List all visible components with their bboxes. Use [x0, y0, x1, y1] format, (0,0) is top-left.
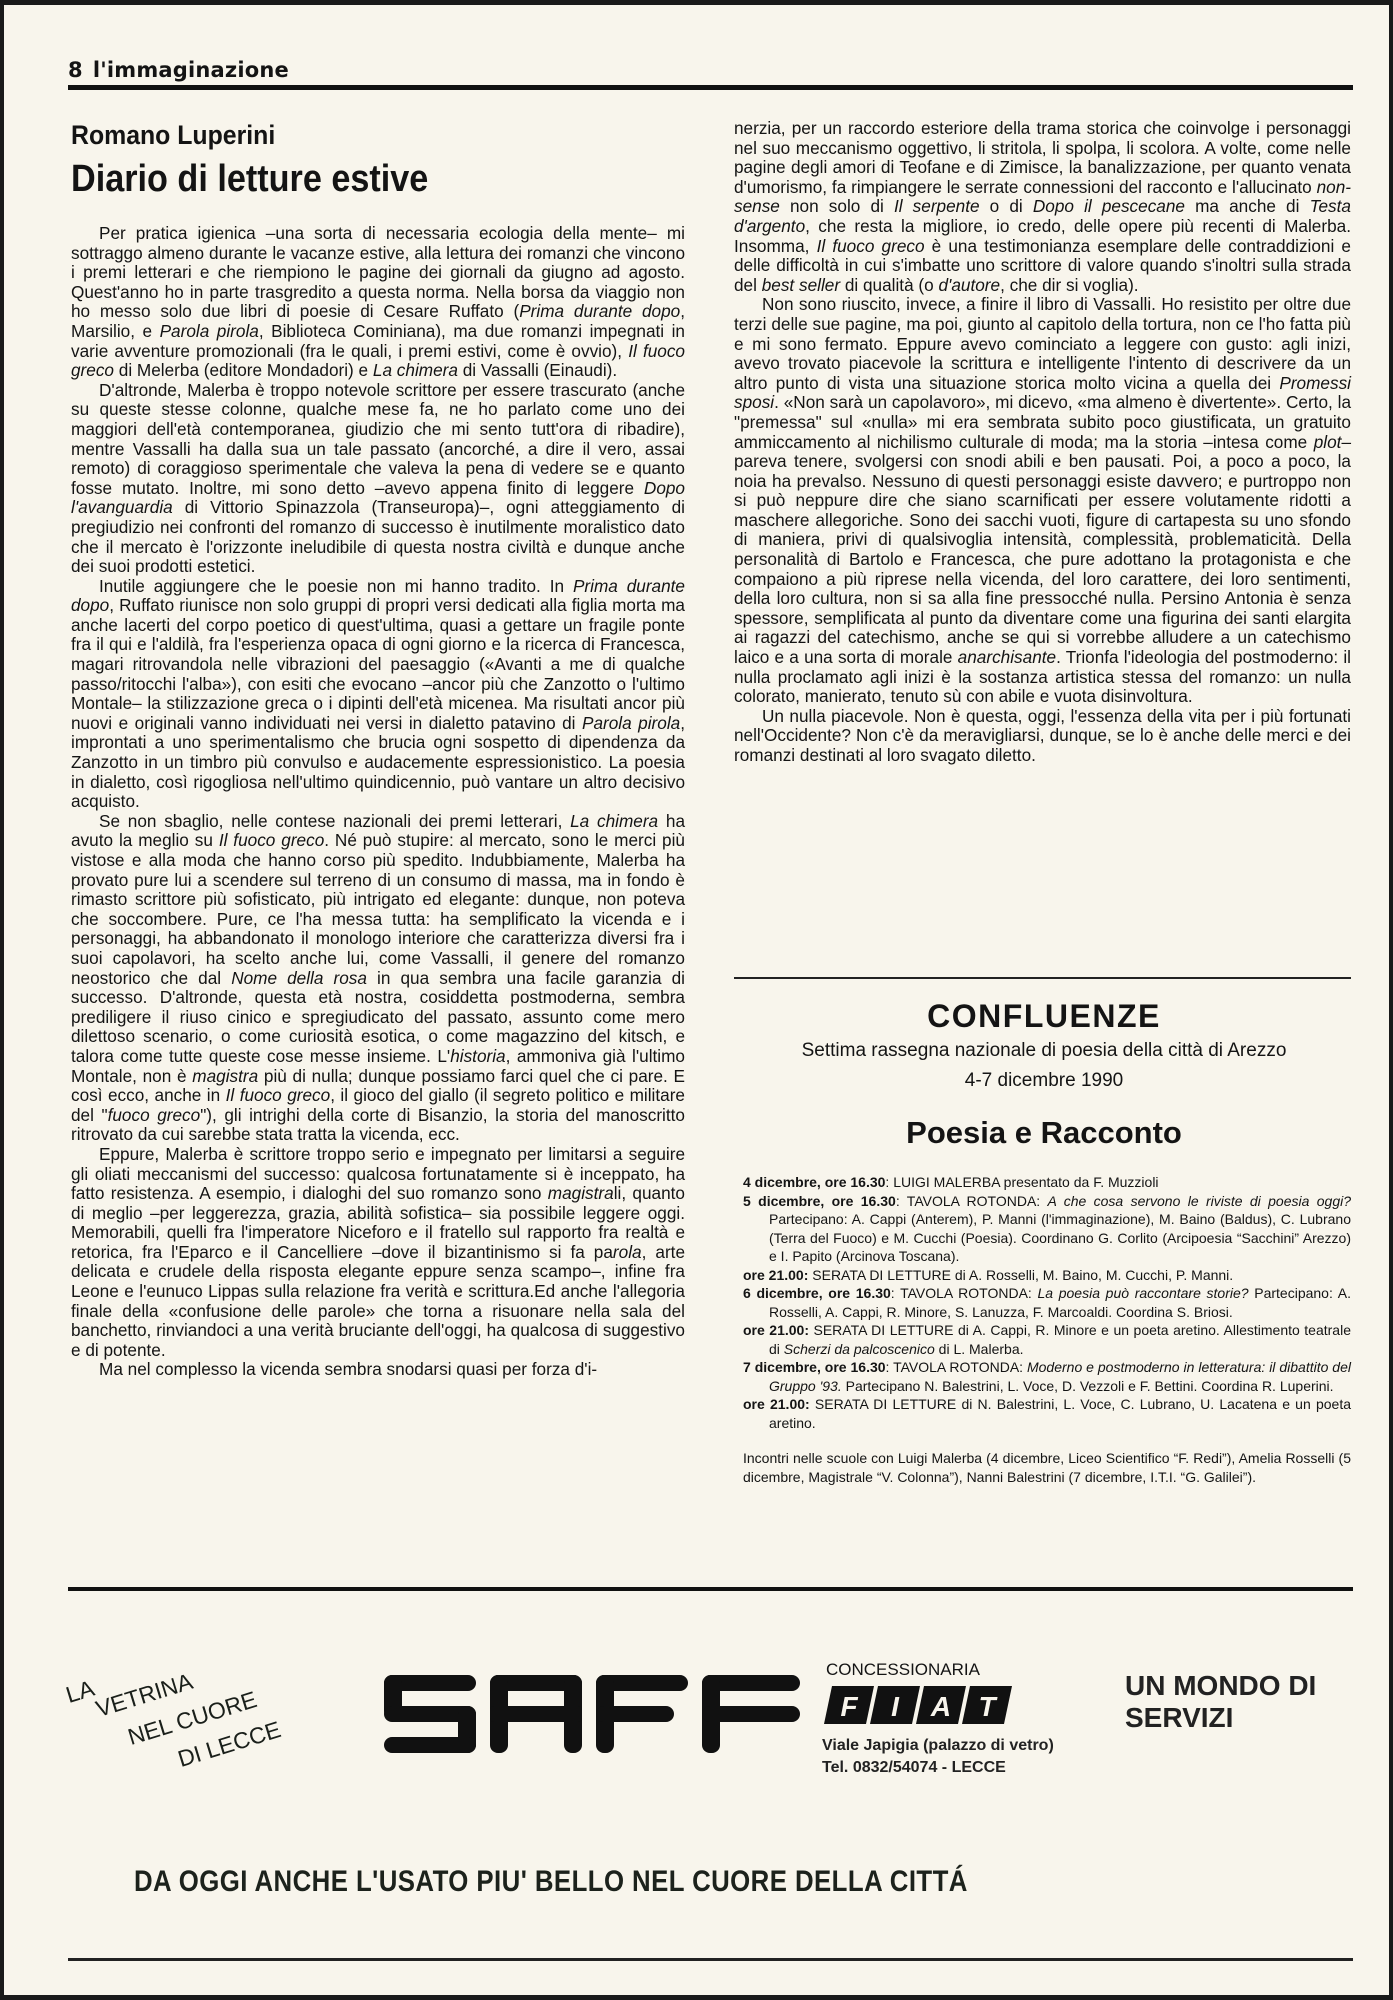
- confluenze-subtitle: Settima rassegna nazionale di poesia del…: [738, 1040, 1350, 1062]
- saff-logo: [382, 1673, 802, 1755]
- program-event: 4 dicembre, ore 16.30: LUIGI MALERBA pre…: [743, 1173, 1351, 1192]
- slogan-line: UN MONDO DI: [1125, 1670, 1316, 1702]
- article-paragraph: Eppure, Malerba è scrittore troppo serio…: [71, 1145, 685, 1361]
- ad-headline: DA OGGI ANCHE L'USATO PIU' BELLO NEL CUO…: [134, 1865, 1114, 1899]
- svg-text:T: T: [978, 1691, 998, 1722]
- program-event: 7 dicembre, ore 16.30: TAVOLA ROTONDA: M…: [743, 1358, 1351, 1395]
- article-left-column: Per pratica igienica –una sorta di neces…: [71, 224, 685, 1380]
- slogan-line: SERVIZI: [1125, 1702, 1316, 1734]
- article-paragraph: nerzia, per un raccordo esteriore della …: [734, 119, 1351, 295]
- ad-top-rule: [68, 1587, 1353, 1591]
- program-note: Incontri nelle scuole con Luigi Malerba …: [743, 1449, 1351, 1486]
- header-rule: [68, 85, 1353, 90]
- dealer-address: Viale Japigia (palazzo di vetro): [822, 1735, 1054, 1757]
- masthead: 8l'immaginazione: [68, 57, 1353, 83]
- svg-text:I: I: [891, 1691, 900, 1722]
- magazine-page: 8l'immaginazione Romano Luperini Diario …: [4, 5, 1389, 1995]
- magazine-name: l'immaginazione: [93, 58, 289, 82]
- page-header: 8l'immaginazione: [68, 57, 1353, 83]
- article-paragraph: Ma nel complesso la vicenda sembra snoda…: [71, 1360, 685, 1380]
- svg-text:A: A: [930, 1691, 951, 1722]
- program-event: ore 21.00: SERATA DI LETTURE di A. Rosse…: [743, 1266, 1351, 1285]
- confluenze-theme: Poesia e Racconto: [738, 1115, 1350, 1151]
- dealer-contact: Viale Japigia (palazzo di vetro) Tel. 08…: [822, 1735, 1054, 1779]
- program-events: 4 dicembre, ore 16.30: LUIGI MALERBA pre…: [743, 1173, 1351, 1432]
- svg-text:F: F: [840, 1691, 858, 1722]
- article-title: Diario di letture estive: [71, 158, 428, 201]
- bottom-rule: [68, 1958, 1353, 1961]
- ad-slogan: UN MONDO DI SERVIZI: [1125, 1670, 1316, 1734]
- article-paragraph: D'altronde, Malerba è troppo notevole sc…: [71, 381, 685, 577]
- ad-tagline: LA VETRINA NEL CUORE DI LECCE: [70, 1665, 330, 1805]
- confluenze-program: 4 dicembre, ore 16.30: LUIGI MALERBA pre…: [743, 1173, 1351, 1500]
- dealer-phone: Tel. 0832/54074 - LECCE: [822, 1757, 1054, 1779]
- confluenze-dates: 4-7 dicembre 1990: [738, 1070, 1350, 1092]
- article-author: Romano Luperini: [71, 120, 275, 151]
- program-event: 5 dicembre, ore 16.30: TAVOLA ROTONDA: A…: [743, 1192, 1351, 1266]
- confluenze-top-rule: [734, 977, 1351, 979]
- article-paragraph: Per pratica igienica –una sorta di neces…: [71, 224, 685, 381]
- program-event: ore 21.00: SERATA DI LETTURE di A. Cappi…: [743, 1321, 1351, 1358]
- concessionaria-label: CONCESSIONARIA: [826, 1660, 980, 1680]
- article-paragraph: Inutile aggiungere che le poesie non mi …: [71, 577, 685, 812]
- page-number: 8: [68, 58, 83, 82]
- program-event: 6 dicembre, ore 16.30: TAVOLA ROTONDA: L…: [743, 1284, 1351, 1321]
- article-paragraph: Se non sbaglio, nelle contese nazionali …: [71, 812, 685, 1145]
- fiat-logo: F I A T: [822, 1686, 1012, 1724]
- article-paragraph: Non sono riuscito, invece, a finire il l…: [734, 295, 1351, 706]
- tagline-line: LA: [63, 1676, 97, 1707]
- article-paragraph: Un nulla piacevole. Non è questa, oggi, …: [734, 707, 1351, 766]
- confluenze-title: CONFLUENZE: [738, 998, 1350, 1035]
- program-event: ore 21.00: SERATA DI LETTURE di N. Bales…: [743, 1395, 1351, 1432]
- article-right-column: nerzia, per un raccordo esteriore della …: [734, 119, 1351, 766]
